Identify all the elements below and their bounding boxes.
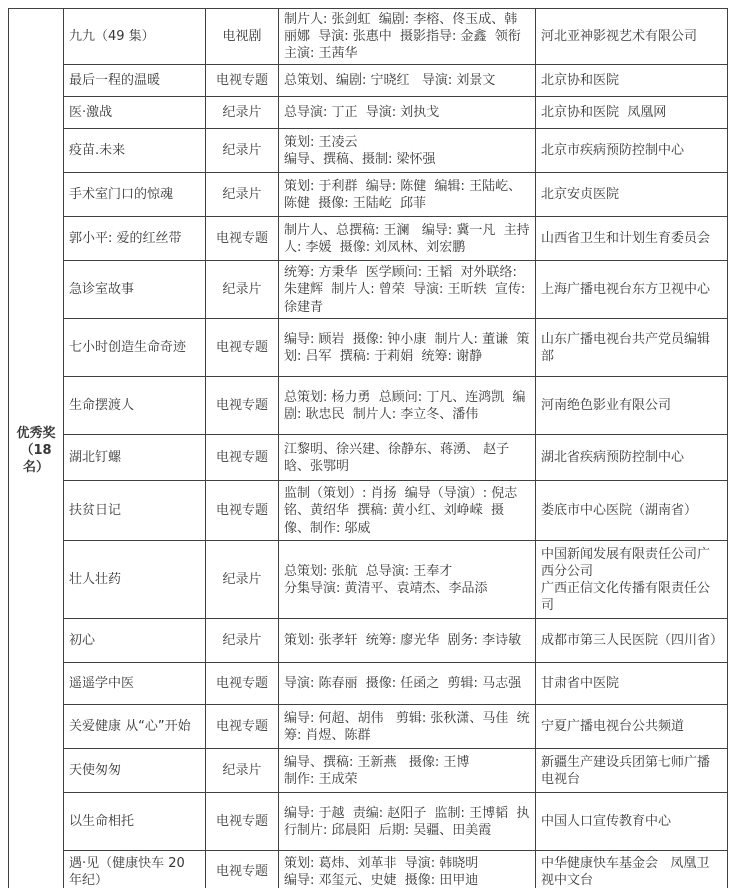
title-cell: 湖北钉螺	[64, 435, 206, 481]
title-cell: 疫苗.未来	[64, 129, 206, 173]
organization-cell: 北京协和医院	[536, 65, 728, 97]
credits-cell: 总策划: 张航 总导演: 王奉才 分集导演: 黄清平、袁靖杰、李品添	[279, 541, 536, 619]
title-cell: 关爱健康 从“心”开始	[64, 705, 206, 749]
credits-cell: 策划: 于利群 编导: 陈健 编辑: 王陆屹、陈健 摄像: 王陆屹 邱菲	[279, 173, 536, 217]
table-row: 最后一程的温暖 电视专题 总策划、编剧: 宁晓红 导演: 刘景文 北京协和医院	[9, 65, 728, 97]
type-cell: 电视剧	[206, 9, 279, 65]
type-cell: 电视专题	[206, 435, 279, 481]
type-cell: 纪录片	[206, 173, 279, 217]
type-cell: 纪录片	[206, 619, 279, 663]
title-cell: 七小时创造生命奇迹	[64, 319, 206, 377]
organization-cell: 新疆生产建设兵团第七师广播电视台	[536, 749, 728, 793]
organization-cell: 成都市第三人民医院（四川省）	[536, 619, 728, 663]
credits-cell: 策划: 葛炜、刘革非 导演: 韩晓明 编导: 邓玺元、史婕 摄像: 田甲迪	[279, 851, 536, 888]
title-cell: 最后一程的温暖	[64, 65, 206, 97]
organization-cell: 北京安贞医院	[536, 173, 728, 217]
table-row: 遇·见（健康快车 20 年纪） 电视专题 策划: 葛炜、刘革非 导演: 韩晓明 …	[9, 851, 728, 888]
title-cell: 壮人壮药	[64, 541, 206, 619]
organization-cell: 河北亚神影视艺术有限公司	[536, 9, 728, 65]
organization-cell: 中国人口宣传教育中心	[536, 793, 728, 851]
credits-cell: 编导: 于越 责编: 赵阳子 监制: 王博韬 执行制片: 邱晨阳 后期: 吴疆、…	[279, 793, 536, 851]
organization-cell: 中国新闻发展有限责任公司广西分公司 广西正信文化传播有限责任公司	[536, 541, 728, 619]
type-cell: 纪录片	[206, 541, 279, 619]
organization-cell: 山西省卫生和计划生育委员会	[536, 217, 728, 261]
credits-cell: 制片人、总撰稿: 王澜 编导: 冀一凡 主持人: 李媛 摄像: 刘凤林、刘宏鹏	[279, 217, 536, 261]
credits-cell: 策划: 张孝轩 统筹: 廖光华 剧务: 李诗敏	[279, 619, 536, 663]
type-cell: 电视专题	[206, 705, 279, 749]
table-row: 壮人壮药 纪录片 总策划: 张航 总导演: 王奉才 分集导演: 黄清平、袁靖杰、…	[9, 541, 728, 619]
table-row: 初心 纪录片 策划: 张孝轩 统筹: 廖光华 剧务: 李诗敏 成都市第三人民医院…	[9, 619, 728, 663]
title-cell: 遇·见（健康快车 20 年纪）	[64, 851, 206, 888]
title-cell: 医·激战	[64, 97, 206, 129]
organization-cell: 中华健康快车基金会 凤凰卫视中文台	[536, 851, 728, 888]
organization-cell: 宁夏广播电视台公共频道	[536, 705, 728, 749]
credits-cell: 总策划: 杨力勇 总顾问: 丁凡、连鸿凯 编剧: 耿忠民 制片人: 李立冬、潘伟	[279, 377, 536, 435]
organization-cell: 甘肃省中医院	[536, 663, 728, 705]
title-cell: 扶贫日记	[64, 481, 206, 541]
table-row: 优秀奖 （18 名） 九九（49 集） 电视剧 制片人: 张剑虹 编剧: 李榕、…	[9, 9, 728, 65]
title-cell: 郭小平: 爱的红丝带	[64, 217, 206, 261]
table-row: 遥遥学中医 电视专题 导演: 陈春丽 摄像: 任函之 剪辑: 马志强 甘肃省中医…	[9, 663, 728, 705]
credits-cell: 江黎明、徐兴建、徐静东、蒋湧、 赵子晗、张鄂明	[279, 435, 536, 481]
credits-cell: 导演: 陈春丽 摄像: 任函之 剪辑: 马志强	[279, 663, 536, 705]
table-row: 扶贫日记 电视专题 监制（策划）: 肖扬 编导（导演）: 倪志铭、黄绍华 撰稿:…	[9, 481, 728, 541]
organization-cell: 北京市疾病预防控制中心	[536, 129, 728, 173]
table-row: 急诊室故事 纪录片 统筹: 方秉华 医学顾问: 王韬 对外联络: 朱建辉 制片人…	[9, 261, 728, 319]
table-row: 生命摆渡人 电视专题 总策划: 杨力勇 总顾问: 丁凡、连鸿凯 编剧: 耿忠民 …	[9, 377, 728, 435]
table-row: 以生命相托 电视专题 编导: 于越 责编: 赵阳子 监制: 王博韬 执行制片: …	[9, 793, 728, 851]
type-cell: 电视专题	[206, 851, 279, 888]
credits-cell: 监制（策划）: 肖扬 编导（导演）: 倪志铭、黄绍华 撰稿: 黄小红、刘峥嵘 摄…	[279, 481, 536, 541]
organization-cell: 河南绝色影业有限公司	[536, 377, 728, 435]
credits-cell: 编导、撰稿: 王新燕 摄像: 王博 制作: 王成荣	[279, 749, 536, 793]
table-row: 七小时创造生命奇迹 电视专题 编导: 顾岩 摄像: 钟小康 制片人: 董谦 策划…	[9, 319, 728, 377]
type-cell: 纪录片	[206, 749, 279, 793]
table-row: 湖北钉螺 电视专题 江黎明、徐兴建、徐静东、蒋湧、 赵子晗、张鄂明 湖北省疾病预…	[9, 435, 728, 481]
title-cell: 生命摆渡人	[64, 377, 206, 435]
title-cell: 天使匆匆	[64, 749, 206, 793]
credits-cell: 总导演: 丁正 导演: 刘执戈	[279, 97, 536, 129]
organization-cell: 娄底市中心医院（湖南省）	[536, 481, 728, 541]
table-row: 郭小平: 爱的红丝带 电视专题 制片人、总撰稿: 王澜 编导: 冀一凡 主持人:…	[9, 217, 728, 261]
organization-cell: 北京协和医院 凤凰网	[536, 97, 728, 129]
credits-cell: 制片人: 张剑虹 编剧: 李榕、佟玉成、韩丽娜 导演: 张惠中 摄影指导: 金鑫…	[279, 9, 536, 65]
credits-cell: 总策划、编剧: 宁晓红 导演: 刘景文	[279, 65, 536, 97]
table-row: 医·激战 纪录片 总导演: 丁正 导演: 刘执戈 北京协和医院 凤凰网	[9, 97, 728, 129]
type-cell: 电视专题	[206, 481, 279, 541]
title-cell: 初心	[64, 619, 206, 663]
credits-cell: 策划: 王凌云 编导、撰稿、摄制: 梁怀强	[279, 129, 536, 173]
credits-cell: 编导: 何超、胡伟 剪辑: 张秋潇、马佳 统筹: 肖煜、陈群	[279, 705, 536, 749]
awards-table: 优秀奖 （18 名） 九九（49 集） 电视剧 制片人: 张剑虹 编剧: 李榕、…	[8, 8, 728, 888]
type-cell: 电视专题	[206, 319, 279, 377]
title-cell: 急诊室故事	[64, 261, 206, 319]
type-cell: 电视专题	[206, 65, 279, 97]
organization-cell: 山东广播电视台共产党员编辑部	[536, 319, 728, 377]
type-cell: 纪录片	[206, 97, 279, 129]
type-cell: 电视专题	[206, 663, 279, 705]
type-cell: 电视专题	[206, 217, 279, 261]
organization-cell: 湖北省疾病预防控制中心	[536, 435, 728, 481]
table-row: 天使匆匆 纪录片 编导、撰稿: 王新燕 摄像: 王博 制作: 王成荣 新疆生产建…	[9, 749, 728, 793]
table-row: 疫苗.未来 纪录片 策划: 王凌云 编导、撰稿、摄制: 梁怀强 北京市疾病预防控…	[9, 129, 728, 173]
title-cell: 以生命相托	[64, 793, 206, 851]
credits-cell: 编导: 顾岩 摄像: 钟小康 制片人: 董谦 策划: 吕军 撰稿: 于莉娟 统筹…	[279, 319, 536, 377]
table-row: 手术室门口的惊魂 纪录片 策划: 于利群 编导: 陈健 编辑: 王陆屹、陈健 摄…	[9, 173, 728, 217]
type-cell: 电视专题	[206, 377, 279, 435]
title-cell: 遥遥学中医	[64, 663, 206, 705]
award-category-cell: 优秀奖 （18 名）	[9, 9, 64, 888]
type-cell: 纪录片	[206, 261, 279, 319]
type-cell: 电视专题	[206, 793, 279, 851]
table-row: 关爱健康 从“心”开始 电视专题 编导: 何超、胡伟 剪辑: 张秋潇、马佳 统筹…	[9, 705, 728, 749]
organization-cell: 上海广播电视台东方卫视中心	[536, 261, 728, 319]
credits-cell: 统筹: 方秉华 医学顾问: 王韬 对外联络: 朱建辉 制片人: 曾荣 导演: 王…	[279, 261, 536, 319]
award-category-name: 优秀奖	[14, 425, 58, 442]
title-cell: 手术室门口的惊魂	[64, 173, 206, 217]
title-cell: 九九（49 集）	[64, 9, 206, 65]
award-category-count: （18 名）	[14, 442, 58, 476]
type-cell: 纪录片	[206, 129, 279, 173]
